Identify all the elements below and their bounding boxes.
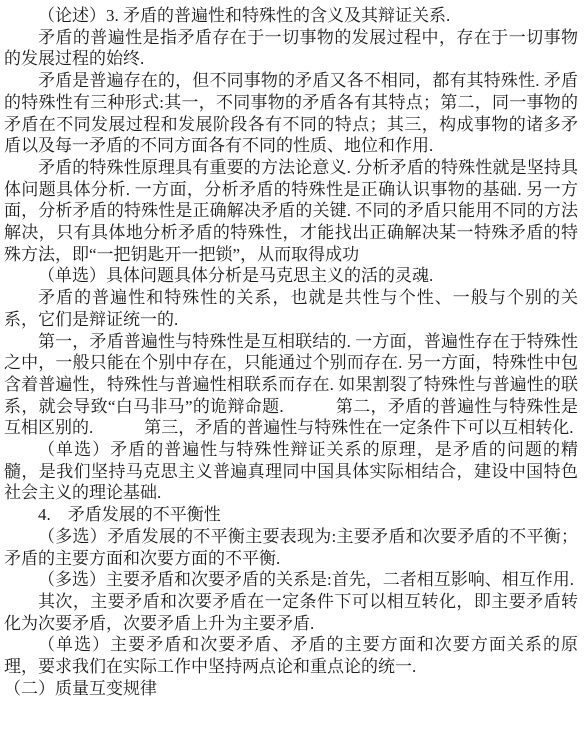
paragraph-single-choice-two-point: （单选）主要矛盾和次要矛盾、矛盾的主要方面和次要方面关系的原理，要求我们在实际工… [4,634,578,677]
paragraph-particularity-forms: 矛盾是普遍存在的，但不同事物的矛盾又各不相同，都有其特殊性. 矛盾的特殊性有三种… [4,70,578,157]
paragraph-methodology-significance: 矛盾的特殊性原理具有重要的方法论意义. 分析矛盾的特殊性就是坚持具体问题具体分析… [4,157,578,266]
paragraph-relation-common-individual: 矛盾的普遍性和特殊性的关系，也就是共性与个性、一般与个别的关系，它们是辩证统一的… [4,287,578,330]
paragraph-multi-choice-relations: （多选）主要矛盾和次要矛盾的关系是:首先，二者相互影响、相互作用. [4,569,578,591]
paragraph-three-points: 第一，矛盾普遍性与特殊性是互相联结的. 一方面，普遍性存在于特殊性之中，一般只能… [4,331,578,440]
paragraph-topic-heading: （论述）3. 矛盾的普遍性和特殊性的含义及其辩证关系. [4,5,578,27]
paragraph-mutual-transformation: 其次，主要矛盾和次要矛盾在一定条件下可以相互转化，即主要矛盾转化为次要矛盾，次要… [4,591,578,634]
paragraph-single-choice-soul: （单选）具体问题具体分析是马克思主义的活的灵魂. [4,265,578,287]
paragraph-section-4-heading: 4. 矛盾发展的不平衡性 [4,504,578,526]
paragraph-universality-definition: 矛盾的普遍性是指矛盾存在于一切事物的发展过程中，存在于一切事物的发展过程的始终. [4,27,578,70]
paragraph-single-choice-essence: （单选）矛盾的普遍性与特殊性辩证关系的原理，是矛盾的问题的精髓，是我们坚持马克思… [4,439,578,504]
paragraph-section-2-heading: （二）质量互变规律 [4,678,578,700]
paragraph-multi-choice-imbalance: （多选）矛盾发展的不平衡主要表现为:主要矛盾和次要矛盾的不平衡； 矛盾的主要方面… [4,526,578,569]
document-page: （论述）3. 矛盾的普遍性和特殊性的含义及其辩证关系. 矛盾的普遍性是指矛盾存在… [0,0,585,740]
